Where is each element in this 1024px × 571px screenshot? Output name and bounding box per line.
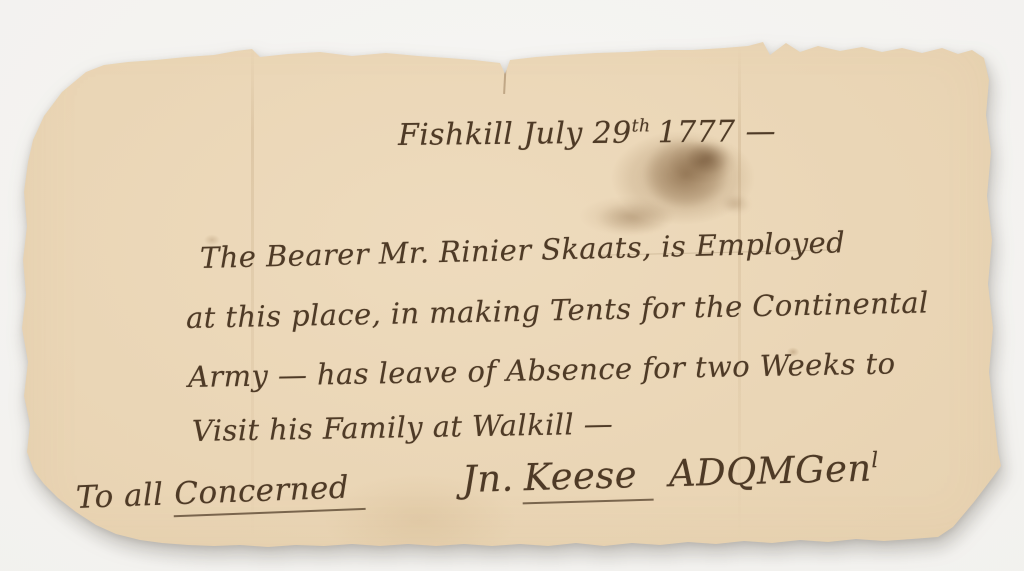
salutation-prefix: To all: [75, 477, 164, 516]
body-line-3: Army — has leave of Absence for two Week…: [188, 346, 896, 394]
dateline-year: 1777 —: [657, 114, 776, 150]
torn-edge-crack: [503, 60, 507, 94]
body-line-2: at this place, in making Tents for the C…: [186, 285, 929, 335]
dateline-place-day: Fishkill July 29: [398, 116, 632, 153]
salutation-underlined-word: Concerned: [172, 469, 366, 517]
salutation-line: To allConcerned: [75, 469, 365, 516]
signature-prefix: Jn.: [461, 457, 514, 501]
signature-title-superscript: l: [871, 448, 879, 473]
signature-title: ADQMGen: [668, 447, 872, 496]
dateline-ordinal: th: [631, 116, 650, 136]
vertical-fold-crease: [251, 46, 254, 541]
body-line-1: The Bearer Mr. Rinier Skaats, is Employe…: [200, 225, 846, 275]
manuscript-paper: Fishkill July 29th1777 — The Bearer Mr. …: [0, 0, 1024, 571]
signature-name: Keese: [521, 453, 654, 505]
signature-line: Jn.KeeseADQMGenl: [461, 446, 879, 501]
photo-background: Fishkill July 29th1777 — The Bearer Mr. …: [0, 0, 1024, 571]
paper-shadow: Fishkill July 29th1777 — The Bearer Mr. …: [0, 0, 1024, 571]
dateline: Fishkill July 29th1777 —: [398, 114, 776, 153]
body-line-4: Visit his Family at Walkill —: [192, 407, 614, 448]
